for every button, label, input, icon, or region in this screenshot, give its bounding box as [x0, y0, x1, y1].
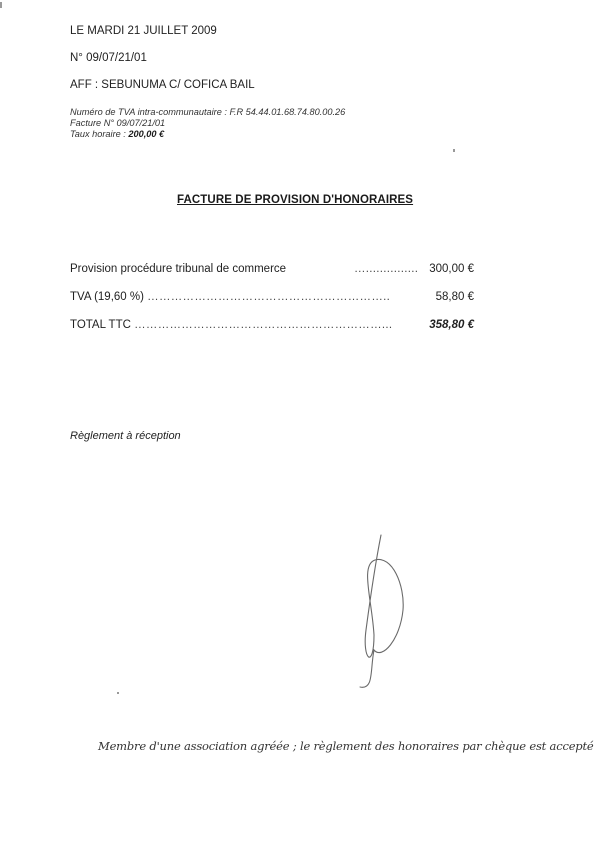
- invoice-number: N° 09/07/21/01: [70, 52, 147, 64]
- invoice-date: LE MARDI 21 JUILLET 2009: [70, 25, 217, 37]
- vat-number: Numéro de TVA intra-communautaire : F.R …: [70, 107, 345, 118]
- hourly-rate-label: Taux horaire :: [70, 129, 128, 139]
- vat-line-text: TVA (19,60 %): [70, 291, 147, 303]
- total-line-text: TOTAL TTC: [70, 319, 134, 331]
- total-line-leader: ………………………………………………………...: [134, 319, 392, 331]
- hourly-rate-value: 200,00 €: [128, 129, 164, 139]
- line-item-label: Provision procédure tribunal de commerce: [70, 263, 286, 275]
- vat-line-amount: 58,80 €: [394, 291, 474, 303]
- total-amount: 358,80 €: [394, 319, 474, 331]
- scan-speck: [117, 692, 119, 694]
- association-footer: Membre d'une association agréée ; le règ…: [98, 739, 594, 753]
- line-item-amount: 300,00 €: [394, 263, 474, 275]
- scan-speck: [0, 2, 2, 8]
- invoice-reference: Facture N° 09/07/21/01: [70, 118, 165, 129]
- affair-reference: AFF : SEBUNUMA C/ COFICA BAIL: [70, 79, 255, 91]
- vat-line-label: TVA (19,60 %) ……………………………………………………..: [70, 291, 390, 303]
- total-line-label: TOTAL TTC ………………………………………………………...: [70, 319, 392, 331]
- scan-speck: [453, 149, 455, 152]
- payment-terms: Règlement à réception: [70, 430, 181, 442]
- vat-line-leader: ……………………………………………………..: [147, 291, 390, 303]
- hourly-rate: Taux horaire : 200,00 €: [70, 129, 164, 140]
- document-title: FACTURE DE PROVISION D'HONORAIRES: [177, 194, 413, 206]
- handwritten-signature-icon: [330, 520, 430, 700]
